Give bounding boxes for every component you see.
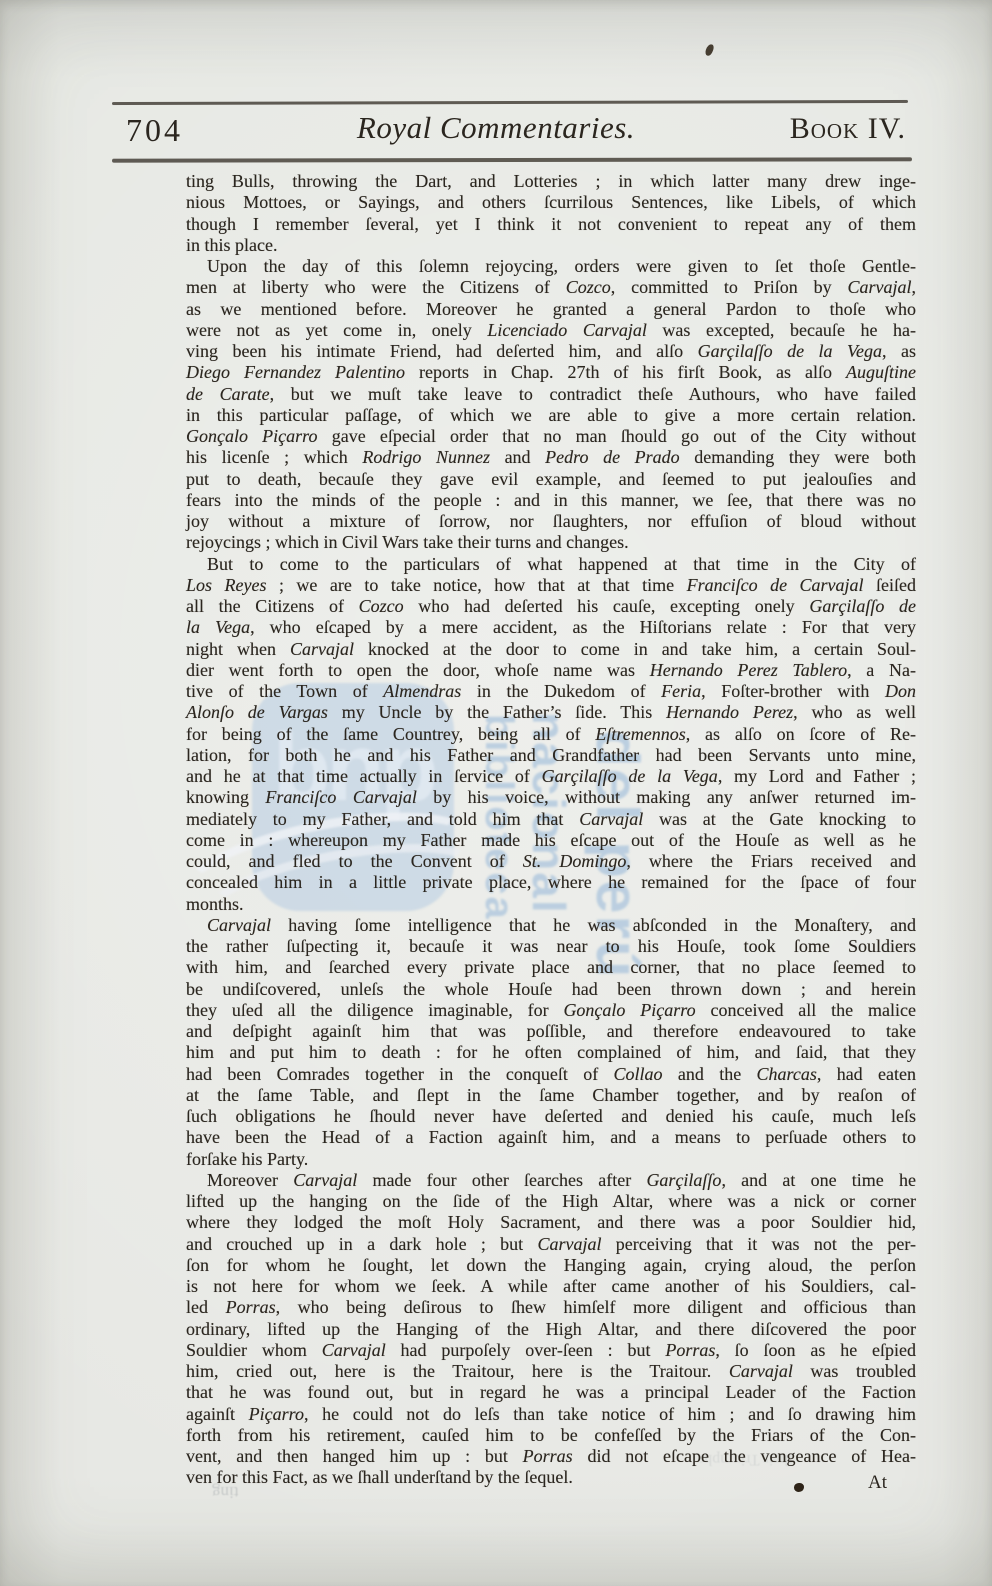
- body-text: my Uncle by the Father’s ſide. This: [328, 702, 666, 722]
- body-text: knocked at the door to come in and take …: [354, 639, 916, 659]
- body-text: forth from his retirement, cauſed him to…: [186, 1425, 916, 1445]
- body-text: be undiſcovered, unleſs the whole Houſe …: [186, 979, 916, 999]
- ink-speck: [704, 43, 714, 57]
- body-text: ſeiſed: [864, 575, 916, 595]
- text-line: vent, and then hanged him up : but Porra…: [186, 1446, 916, 1467]
- body-text: knowing: [186, 787, 265, 807]
- text-line: Los Reyes ; we are to take notice, how t…: [186, 575, 916, 596]
- text-line: were not as yet come in, onely Licenciad…: [186, 320, 916, 341]
- body-text: , a Na-: [847, 660, 916, 680]
- body-text: , had eaten: [817, 1064, 916, 1084]
- body-text: , he could not do leſs than take notice …: [304, 1404, 916, 1424]
- text-line: la Vega, who eſcaped by a mere accident,…: [186, 617, 916, 638]
- body-text: ting Bulls, throwing the Dart, and Lotte…: [186, 171, 916, 191]
- body-text: ,: [912, 277, 917, 297]
- italic-name-text: Carvajal: [290, 639, 354, 659]
- body-text: joy without a mixture of ſorrow, nor ſla…: [186, 511, 916, 531]
- italic-name-text: Porras: [665, 1340, 715, 1360]
- body-text: was troubled: [793, 1361, 916, 1381]
- body-text: at the ſame Table, and ſlept in the ſame…: [186, 1085, 916, 1105]
- body-text: demanding they were both: [680, 447, 916, 467]
- body-text: , as alſo on ſcore of Re-: [686, 724, 916, 744]
- text-line: rejoycings ; which in Civil Wars take th…: [186, 532, 916, 553]
- italic-name-text: Carvajal: [847, 277, 911, 297]
- italic-name-text: Alonſo de Vargas: [186, 702, 328, 722]
- body-text: they uſed all the diligence imaginable, …: [186, 1000, 563, 1020]
- italic-name-text: Eſtremennos: [595, 724, 685, 744]
- italic-name-text: Garçilaſſo de la Vega: [542, 766, 718, 786]
- body-text: , who being deſirous to ſhew himſelf mor…: [276, 1297, 916, 1317]
- body-text: for being of the ſame Countrey, being al…: [186, 724, 595, 744]
- text-line: joy without a mixture of ſorrow, nor ſla…: [186, 511, 916, 532]
- body-text: could, and fled to the Convent of: [186, 851, 523, 871]
- text-line: lation, for both he and his Father and G…: [186, 745, 916, 766]
- body-text: forſake his Party.: [186, 1149, 308, 1169]
- body-text: had purpoſely over-ſeen : but: [386, 1340, 666, 1360]
- text-line: dier went forth to open the door, whoſe …: [186, 660, 916, 681]
- body-text: lifted up the hanging on the ſide of the…: [186, 1191, 916, 1211]
- text-line: lifted up the hanging on the ſide of the…: [186, 1191, 916, 1212]
- italic-name-text: Garçilaſſo: [646, 1170, 721, 1190]
- body-text: , committed to Priſon by: [611, 277, 848, 297]
- text-line: de Carate, but we muſt take leave to con…: [186, 384, 916, 405]
- text-line: Diego Fernandez Palentino reports in Cha…: [186, 362, 916, 383]
- body-text: againſt: [186, 1404, 249, 1424]
- text-line: at the ſame Table, and ſlept in the ſame…: [186, 1085, 916, 1106]
- ink-blot: [794, 1483, 804, 1492]
- italic-name-text: Piçarro: [249, 1404, 304, 1424]
- body-text: rejoycings ; which in Civil Wars take th…: [186, 532, 629, 552]
- body-text: was excepted, becauſe he ha-: [647, 320, 916, 340]
- text-line: night when Carvajal knocked at the door …: [186, 639, 916, 660]
- body-text: in this place.: [186, 235, 277, 255]
- body-text: where they lodged the moſt Holy Sacramen…: [186, 1212, 916, 1232]
- body-text: ; we are to take notice, how that at tha…: [266, 575, 686, 595]
- body-text: perceiving that it was not the per-: [601, 1234, 916, 1254]
- italic-name-text: St. Domingo: [523, 851, 627, 871]
- paragraph: Moreover Carvajal made four other ſearch…: [186, 1170, 916, 1489]
- text-line: him, cried out, here is the Traitour, he…: [186, 1361, 916, 1382]
- text-line: and crouched up in a dark hole ; but Car…: [186, 1234, 916, 1255]
- text-line: Upon the day of this ſolemn rejoycing, o…: [186, 256, 916, 277]
- text-line: is not here for whom we ſeek. A while af…: [186, 1276, 916, 1297]
- text-line: and he at that time actually in ſervice …: [186, 766, 916, 787]
- italic-name-text: Franciſco Carvajal: [265, 787, 416, 807]
- italic-name-text: Carvajal: [322, 1340, 386, 1360]
- body-text: dier went forth to open the door, whoſe …: [186, 660, 650, 680]
- body-text: led: [186, 1297, 226, 1317]
- body-text: tive of the Town of: [186, 681, 383, 701]
- text-line: the rather ſuſpecting it, becauſe it was…: [186, 936, 916, 957]
- text-line: for being of the ſame Countrey, being al…: [186, 724, 916, 745]
- italic-name-text: Los Reyes: [186, 575, 266, 595]
- body-text: and the: [663, 1064, 757, 1084]
- body-text: nious Mottoes, or Sayings, and others ſc…: [186, 192, 916, 212]
- body-text: in this particular paſſage, of which we …: [186, 405, 916, 425]
- body-text: , ſo ſoon as he eſpied: [715, 1340, 916, 1360]
- body-text: was at the Gate knocking to: [643, 809, 916, 829]
- italic-name-text: de Carate: [186, 384, 270, 404]
- body-text: mediately to my Father, and told him tha…: [186, 809, 579, 829]
- body-text: come in : whereupon my Father made his e…: [186, 830, 916, 850]
- body-text: ordinary, lifted up the Hanging of the H…: [186, 1319, 916, 1339]
- italic-name-text: la Vega: [186, 617, 250, 637]
- body-text: ſuch obligations he ſhould never have de…: [186, 1106, 916, 1126]
- text-line: though I remember ſeveral, yet I think i…: [186, 214, 916, 235]
- text-line: in this particular paſſage, of which we …: [186, 405, 916, 426]
- italic-name-text: Porras: [226, 1297, 276, 1317]
- book-page-scan: bnp biblioteca nacional del perú 704 Roy…: [0, 0, 992, 1586]
- text-line: mediately to my Father, and told him tha…: [186, 809, 916, 830]
- italic-name-text: Rodrigo Nunnez: [362, 447, 490, 467]
- italic-name-text: Licenciado Carvajal: [487, 320, 647, 340]
- text-line: led Porras, who being deſirous to ſhew h…: [186, 1297, 916, 1318]
- text-line: Souldier whom Carvajal had purpoſely ove…: [186, 1340, 916, 1361]
- body-text: vent, and then hanged him up : but: [186, 1446, 523, 1466]
- italic-name-text: Cozco: [566, 277, 611, 297]
- text-line: months.: [186, 894, 916, 915]
- italic-name-text: Carvajal: [293, 1170, 357, 1190]
- text-line: as we mentioned before. Moreover he gran…: [186, 299, 916, 320]
- italic-name-text: Gonçalo Piçarro: [563, 1000, 695, 1020]
- italic-name-text: Garçilaſſo de la Vega: [698, 341, 882, 361]
- body-text: Souldier whom: [186, 1340, 322, 1360]
- body-text: as we mentioned before. Moreover he gran…: [186, 299, 916, 319]
- body-text: had been Comrades together in the conque…: [186, 1064, 614, 1084]
- body-text: gave eſpecial order that no man ſhould g…: [318, 426, 916, 446]
- italic-name-text: Cozco: [359, 596, 404, 616]
- italic-name-text: Charcas: [757, 1064, 817, 1084]
- body-text: and deſpight againſt him that was poſſib…: [186, 1021, 916, 1041]
- text-line: fears into the minds of the people : and…: [186, 490, 916, 511]
- text-line: But to come to the particulars of what h…: [186, 554, 916, 575]
- body-text: with him, and ſearched every private pla…: [186, 957, 916, 977]
- paragraph: Carvajal having ſome intelligence that h…: [186, 915, 916, 1170]
- italic-name-text: Collao: [614, 1064, 663, 1084]
- body-text: , where the Friars received and: [626, 851, 916, 871]
- body-text: were not as yet come in, onely: [186, 320, 487, 340]
- catchword: At: [868, 1472, 887, 1494]
- body-text: But to come to the particulars of what h…: [207, 554, 916, 574]
- body-text: , my Lord and Father ;: [718, 766, 916, 786]
- body-text: night when: [186, 639, 290, 659]
- italic-name-text: Feria: [661, 681, 701, 701]
- text-line: Moreover Carvajal made four other ſearch…: [186, 1170, 916, 1191]
- text-line: ven for this Fact, as we ſhall underſtan…: [186, 1467, 916, 1488]
- body-text: all the Citizens of: [186, 596, 359, 616]
- body-text: did not eſcape the vengeance of Hea-: [573, 1446, 916, 1466]
- header-rule-top: [112, 100, 908, 105]
- text-line: come in : whereupon my Father made his e…: [186, 830, 916, 851]
- body-text: , but we muſt take leave to contradict t…: [270, 384, 916, 404]
- italic-name-text: Carvajal: [729, 1361, 793, 1381]
- body-text: him, cried out, here is the Traitour, he…: [186, 1361, 729, 1381]
- text-line: tive of the Town of Almendras in the Duk…: [186, 681, 916, 702]
- body-text: is not here for whom we ſeek. A while af…: [186, 1276, 916, 1296]
- body-text: , who as well: [793, 702, 916, 722]
- text-line: with him, and ſearched every private pla…: [186, 957, 916, 978]
- body-text: who had deſerted his cauſe, excepting on…: [404, 596, 810, 616]
- body-text: men at liberty who were the Citizens of: [186, 277, 566, 297]
- body-text: , as: [882, 341, 916, 361]
- text-line: his licenſe ; which Rodrigo Nunnez and P…: [186, 447, 916, 468]
- text-line: Gonçalo Piçarro gave eſpecial order that…: [186, 426, 916, 447]
- body-text: that he was found out, but in regard he …: [186, 1382, 916, 1402]
- paragraph: But to come to the particulars of what h…: [186, 554, 916, 915]
- body-text: made four other ſearches after: [357, 1170, 646, 1190]
- body-text: ving been his intimate Friend, had deſer…: [186, 341, 698, 361]
- body-text: Upon the day of this ſolemn rejoycing, o…: [207, 256, 916, 276]
- text-line: Alonſo de Vargas my Uncle by the Father’…: [186, 702, 916, 723]
- text-line: ting Bulls, throwing the Dart, and Lotte…: [186, 171, 916, 192]
- italic-name-text: Carvajal: [207, 915, 271, 935]
- body-text: have been the Head of a Faction againſt …: [186, 1127, 916, 1147]
- body-text: lation, for both he and his Father and G…: [186, 745, 916, 765]
- text-line: him and put him to death : for he often …: [186, 1042, 916, 1063]
- italic-name-text: Carvajal: [537, 1234, 601, 1254]
- body-text: , who eſcaped by a mere accident, as the…: [250, 617, 916, 637]
- italic-name-text: Diego Fernandez Palentino: [186, 362, 405, 382]
- body-text: and: [490, 447, 545, 467]
- italic-name-text: Gonçalo Piçarro: [186, 426, 318, 446]
- book-number: Book IV.: [790, 112, 906, 146]
- body-text: concealed him in a little private place,…: [186, 872, 916, 892]
- text-line: in this place.: [186, 235, 916, 256]
- text-line: forſake his Party.: [186, 1149, 916, 1170]
- text-line: and deſpight againſt him that was poſſib…: [186, 1021, 916, 1042]
- text-line: they uſed all the diligence imaginable, …: [186, 1000, 916, 1021]
- body-text: put to death, becauſe they gave evil exa…: [186, 469, 916, 489]
- italic-name-text: Don: [885, 681, 916, 701]
- text-line: ordinary, lifted up the Hanging of the H…: [186, 1319, 916, 1340]
- text-line: againſt Piçarro, he could not do leſs th…: [186, 1404, 916, 1425]
- text-line: ſon for whom he ſought, let down the Han…: [186, 1255, 916, 1276]
- text-line: where they lodged the moſt Holy Sacramen…: [186, 1212, 916, 1233]
- body-text: the rather ſuſpecting it, becauſe it was…: [186, 936, 916, 956]
- body-text: ſon for whom he ſought, let down the Han…: [186, 1255, 916, 1275]
- body-text: , and at one time he: [721, 1170, 916, 1190]
- body-text: though I remember ſeveral, yet I think i…: [186, 214, 916, 234]
- body-text: having ſome intelligence that he was abſ…: [271, 915, 916, 935]
- text-line: be undiſcovered, unleſs the whole Houſe …: [186, 979, 916, 1000]
- text-column: ting Bulls, throwing the Dart, and Lotte…: [186, 171, 916, 1489]
- italic-name-text: Auguſtine: [846, 362, 916, 382]
- italic-name-text: Hernando Perez Tablero: [650, 660, 847, 680]
- italic-name-text: Almendras: [383, 681, 461, 701]
- italic-name-text: Garçilaſſo de: [809, 596, 916, 616]
- text-line: put to death, becauſe they gave evil exa…: [186, 469, 916, 490]
- text-line: men at liberty who were the Citizens of …: [186, 277, 916, 298]
- body-text: months.: [186, 894, 244, 914]
- paragraph: Upon the day of this ſolemn rejoycing, o…: [186, 256, 916, 554]
- text-line: all the Citizens of Cozco who had deſert…: [186, 596, 916, 617]
- body-text: conceived all the malice: [696, 1000, 916, 1020]
- italic-name-text: Carvajal: [579, 809, 643, 829]
- body-text: fears into the minds of the people : and…: [186, 490, 916, 510]
- body-text: him and put him to death : for he often …: [186, 1042, 916, 1062]
- body-text: his licenſe ; which: [186, 447, 362, 467]
- body-text: and crouched up in a dark hole ; but: [186, 1234, 537, 1254]
- text-line: concealed him in a little private place,…: [186, 872, 916, 893]
- body-text: and he at that time actually in ſervice …: [186, 766, 542, 786]
- header-rule-bottom: [112, 157, 912, 162]
- text-line: Carvajal having ſome intelligence that h…: [186, 915, 916, 936]
- italic-name-text: Porras: [523, 1446, 573, 1466]
- italic-name-text: Hernando Perez: [666, 702, 793, 722]
- body-text: by his voice, without making any anſwer …: [417, 787, 916, 807]
- text-line: ſuch obligations he ſhould never have de…: [186, 1106, 916, 1127]
- text-line: could, and fled to the Convent of St. Do…: [186, 851, 916, 872]
- text-line: have been the Head of a Faction againſt …: [186, 1127, 916, 1148]
- body-text: reports in Chap. 27th of his firſt Book,…: [405, 362, 846, 382]
- body-text: , Foſter-brother with: [701, 681, 885, 701]
- italic-name-text: Franciſco de Carvajal: [687, 575, 864, 595]
- text-line: knowing Franciſco Carvajal by his voice,…: [186, 787, 916, 808]
- text-line: ving been his intimate Friend, had deſer…: [186, 341, 916, 362]
- text-line: that he was found out, but in regard he …: [186, 1382, 916, 1403]
- body-text: Moreover: [207, 1170, 293, 1190]
- italic-name-text: Pedro de Prado: [545, 447, 680, 467]
- body-text: in the Dukedom of: [461, 681, 661, 701]
- text-line: had been Comrades together in the conque…: [186, 1064, 916, 1085]
- body-text: ven for this Fact, as we ſhall underſtan…: [186, 1467, 573, 1487]
- text-line: forth from his retirement, cauſed him to…: [186, 1425, 916, 1446]
- text-line: nious Mottoes, or Sayings, and others ſc…: [186, 192, 916, 213]
- paragraph: ting Bulls, throwing the Dart, and Lotte…: [186, 171, 916, 256]
